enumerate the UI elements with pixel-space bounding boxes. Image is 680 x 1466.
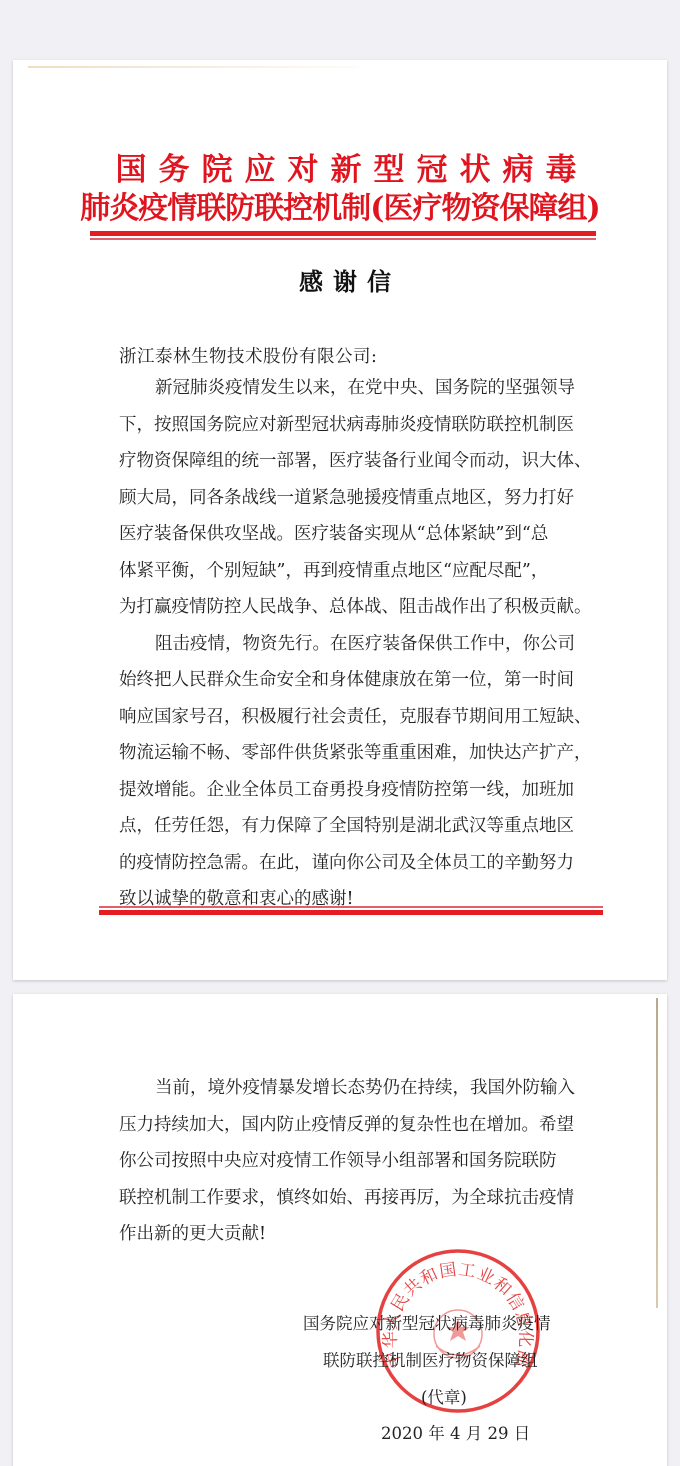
signature-org-line-2: 联防联控机制医疗物资保障组 [323, 1347, 538, 1371]
body-line: 压力持续加大，国内防止疫情反弹的复杂性也在增加。希望 [119, 1107, 589, 1144]
body-line: 顾大局，同各条战线一道紧急驰援疫情重点地区，努力打好 [119, 480, 589, 517]
body-line: 你公司按照中央应对疫情工作领导小组部署和国务院联防 [119, 1143, 589, 1180]
body-line: 为打赢疫情防控人民战争、总体战、阻击战作出了积极贡献。 [119, 589, 589, 626]
scan-artifact [28, 66, 358, 68]
body-line: 体紧平衡，个别短缺”，再到疫情重点地区“应配尽配”， [119, 553, 589, 590]
body-line: 医疗装备保供攻坚战。医疗装备实现从“总体紧缺”到“总 [119, 516, 589, 553]
signature-org-line-1: 国务院应对新型冠状病毒肺炎疫情 [303, 1310, 551, 1334]
body-line: 响应国家号召，积极履行社会责任，克服春节期间用工短缺、 [119, 699, 589, 736]
body-line: 联控机制工作要求，慎终如始、再接再厉，为全球抗击疫情 [119, 1180, 589, 1217]
signature-date: 2020 年 4 月 29 日 [381, 1420, 530, 1444]
body-line: 新冠肺炎疫情发生以来，在党中央、国务院的坚强领导 [119, 370, 589, 407]
header-rule-thin [90, 238, 596, 240]
letter-page-2: 当前，境外疫情暴发增长态势仍在持续，我国外防输入 压力持续加大，国内防止疫情反弹… [13, 994, 667, 1466]
body-line: 始终把人民群众生命安全和身体健康放在第一位，第一时间 [119, 662, 589, 699]
footer-rule-thick [99, 910, 603, 915]
letter-body-page-2: 当前，境外疫情暴发增长态势仍在持续，我国外防输入 压力持续加大，国内防止疫情反弹… [119, 1070, 589, 1253]
letter-body-page-1: 新冠肺炎疫情发生以来，在党中央、国务院的坚强领导 下，按照国务院应对新型冠状病毒… [119, 370, 589, 918]
body-line: 阻击疫情，物资先行。在医疗装备保供工作中，你公司 [119, 626, 589, 663]
body-line: 的疫情防控急需。在此，谨向你公司及全体员工的辛勤努力 [119, 845, 589, 882]
body-line: 物流运输不畅、零部件供货紧张等重重困难，加快达产扩产， [119, 735, 589, 772]
salutation: 浙江泰林生物技术股份有限公司: [119, 343, 377, 368]
scan-edge-artifact [656, 998, 658, 1308]
letter-title: 感谢信 [13, 262, 677, 297]
body-line: 点，任劳任怨，有力保障了全国特别是湖北武汉等重点地区 [119, 808, 589, 845]
body-line: 疗物资保障组的统一部署，医疗装备行业闻令而动，识大体、 [119, 443, 589, 480]
header-rule-thick [90, 231, 596, 236]
body-line: 下，按照国务院应对新型冠状病毒肺炎疫情联防联控机制医 [119, 407, 589, 444]
body-line: 提效增能。企业全体员工奋勇投身疫情防控第一线，加班加 [119, 772, 589, 809]
letterhead-line-2: 肺炎疫情联防联控机制(医疗物资保障组) [13, 183, 667, 227]
letter-page-1: 国务院应对新型冠状病毒 肺炎疫情联防联控机制(医疗物资保障组) 感谢信 浙江泰林… [13, 60, 667, 980]
footer-rule-thin [99, 906, 603, 908]
body-line: 当前，境外疫情暴发增长态势仍在持续，我国外防输入 [119, 1070, 589, 1107]
signature-stamp-note: (代章) [421, 1384, 467, 1408]
